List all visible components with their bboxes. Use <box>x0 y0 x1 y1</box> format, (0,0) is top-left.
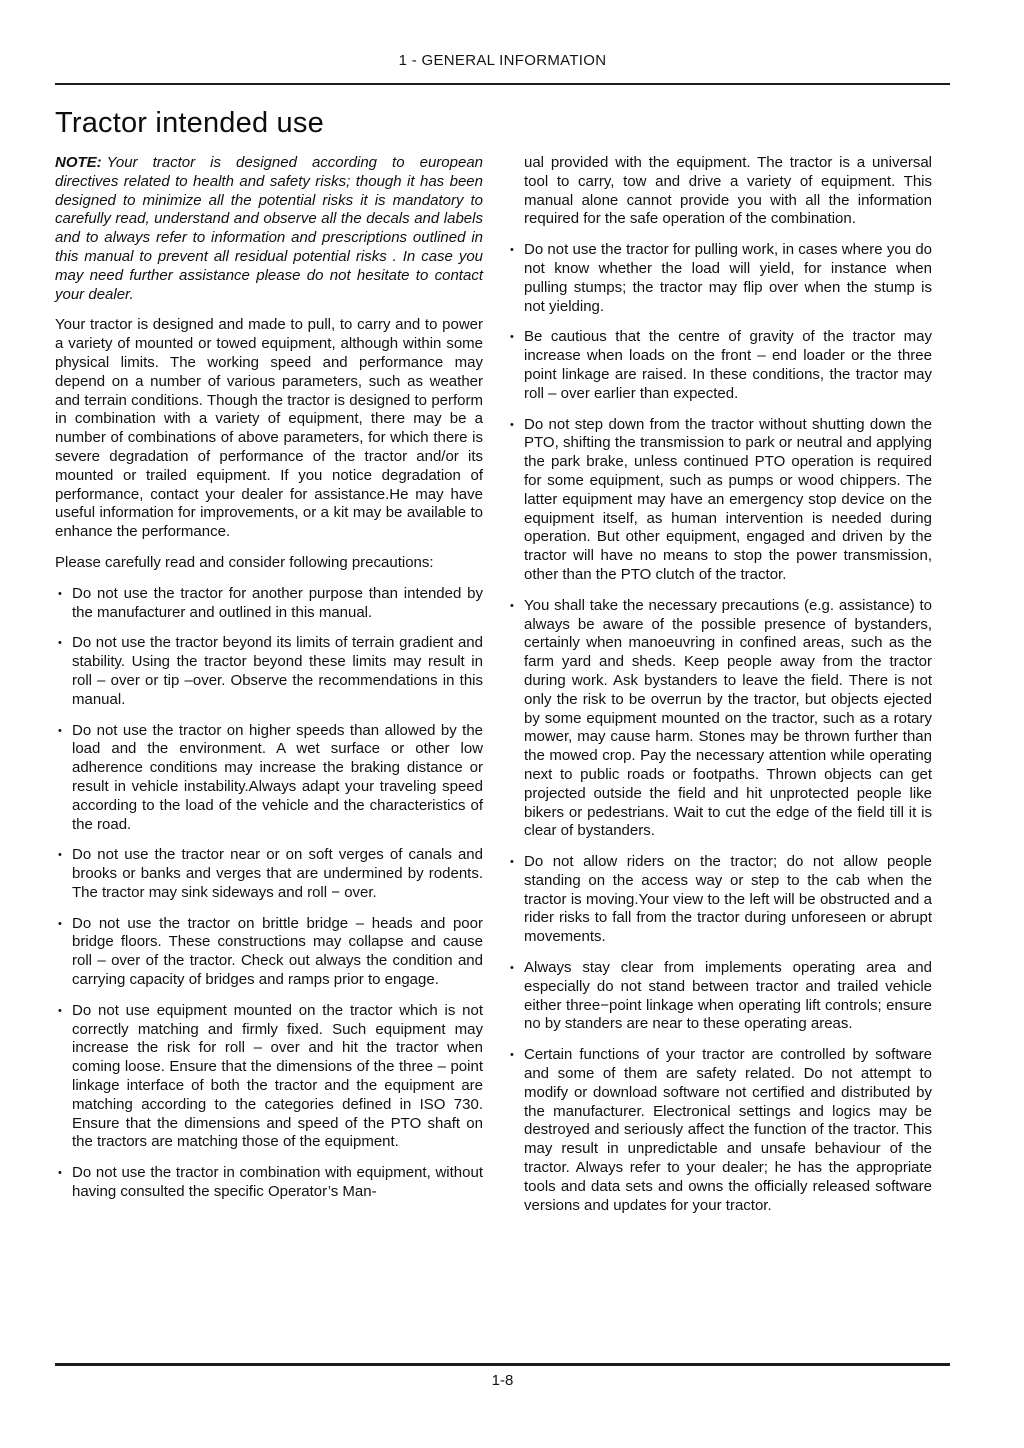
right-column: ual provided with the equipment. The tra… <box>507 154 932 1227</box>
two-column-layout: NOTE:Your tractor is designed according … <box>55 154 950 1227</box>
bullet-icon: • <box>55 634 72 709</box>
page-header: 1 - GENERAL INFORMATION <box>55 52 950 85</box>
page-footer: 1-8 <box>55 1363 950 1389</box>
bullet-icon: • <box>507 597 524 841</box>
note-label: NOTE: <box>55 154 102 171</box>
list-item: • Do not use the tractor on higher speed… <box>55 722 483 835</box>
bullet-icon: • <box>55 915 72 990</box>
bullet-text: Do not allow riders on the tractor; do n… <box>524 853 932 947</box>
bullet-icon: • <box>55 846 72 902</box>
bullet-text: Be cautious that the centre of gravity o… <box>524 328 932 403</box>
footer-rule <box>55 1363 950 1366</box>
bullet-text: Do not step down from the tractor withou… <box>524 416 932 585</box>
bullet-icon: • <box>55 722 72 835</box>
note-text: Your tractor is designed according to eu… <box>55 154 483 303</box>
list-item: • Be cautious that the centre of gravity… <box>507 328 932 403</box>
bullet-text: You shall take the necessary precautions… <box>524 597 932 841</box>
bullet-text: Do not use the tractor for pulling work,… <box>524 241 932 316</box>
list-item: • Always stay clear from implements oper… <box>507 959 932 1034</box>
bullet-icon: • <box>507 959 524 1034</box>
header-rule <box>55 83 950 85</box>
page-number: 1-8 <box>55 1372 950 1389</box>
list-item: • Certain functions of your tractor are … <box>507 1046 932 1215</box>
bullet-text: Do not use the tractor for another purpo… <box>72 585 483 623</box>
bullet-icon: • <box>55 1164 72 1202</box>
list-item: • Do not allow riders on the tractor; do… <box>507 853 932 947</box>
bullet-icon: • <box>507 241 524 316</box>
bullet-icon: • <box>507 853 524 947</box>
bullet-text: Do not use equipment mounted on the trac… <box>72 1002 483 1152</box>
manual-page: 1 - GENERAL INFORMATION Tractor intended… <box>0 0 1024 1448</box>
bullet-icon: • <box>507 1046 524 1215</box>
precautions-lead-paragraph: Please carefully read and consider follo… <box>55 554 483 573</box>
running-header-title: 1 - GENERAL INFORMATION <box>55 52 950 69</box>
list-item: • Do not use the tractor near or on soft… <box>55 846 483 902</box>
continuation-paragraph: ual provided with the equipment. The tra… <box>507 154 932 229</box>
list-item: • Do not use the tractor for another pur… <box>55 585 483 623</box>
bullet-text: Do not use the tractor in combination wi… <box>72 1164 483 1202</box>
list-item: • Do not use the tractor on brittle brid… <box>55 915 483 990</box>
list-item: • Do not use the tractor for pulling wor… <box>507 241 932 316</box>
list-item: • Do not use the tractor in combination … <box>55 1164 483 1202</box>
bullet-icon: • <box>55 1002 72 1152</box>
left-column: NOTE:Your tractor is designed according … <box>55 154 483 1227</box>
list-item: • Do not step down from the tractor with… <box>507 416 932 585</box>
bullet-icon: • <box>507 328 524 403</box>
list-item: • Do not use the tractor beyond its limi… <box>55 634 483 709</box>
bullet-text: Certain functions of your tractor are co… <box>524 1046 932 1215</box>
note-paragraph: NOTE:Your tractor is designed according … <box>55 154 483 304</box>
list-item: • You shall take the necessary precautio… <box>507 597 932 841</box>
bullet-text: Do not use the tractor near or on soft v… <box>72 846 483 902</box>
list-item: • Do not use equipment mounted on the tr… <box>55 1002 483 1152</box>
bullet-text: Do not use the tractor on higher speeds … <box>72 722 483 835</box>
bullet-text: Do not use the tractor beyond its limits… <box>72 634 483 709</box>
bullet-text: Do not use the tractor on brittle bridge… <box>72 915 483 990</box>
bullet-icon: • <box>55 585 72 623</box>
bullet-icon: • <box>507 416 524 585</box>
bullet-text: Always stay clear from implements operat… <box>524 959 932 1034</box>
intro-paragraph: Your tractor is designed and made to pul… <box>55 316 483 542</box>
page-title: Tractor intended use <box>55 107 1024 140</box>
